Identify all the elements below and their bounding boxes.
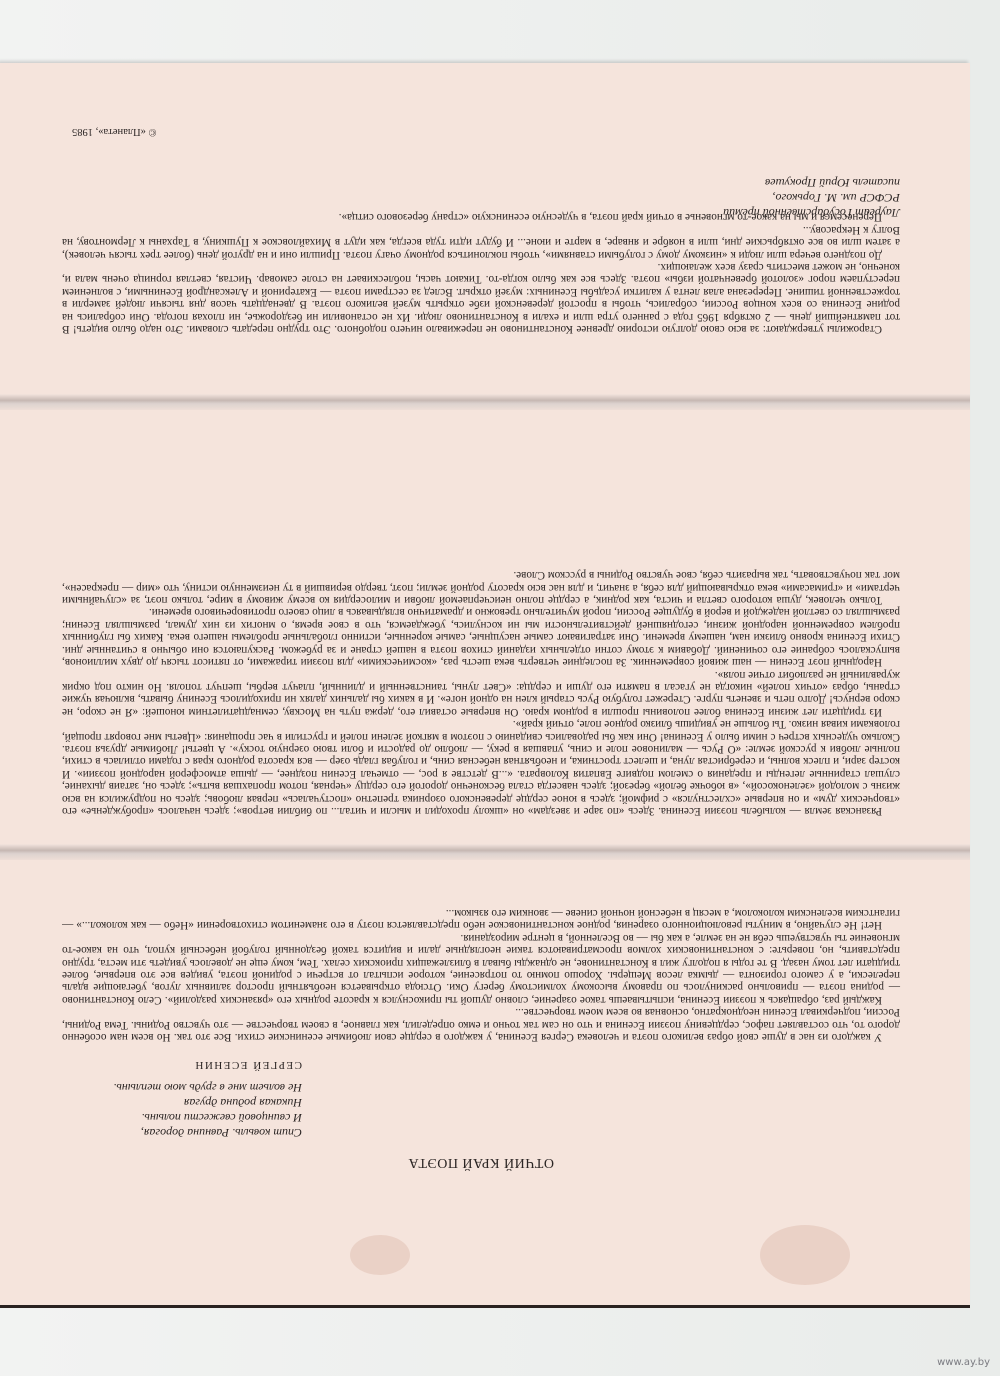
document-title: ОТЧИЙ КРАЙ ПОЭТА	[62, 1154, 900, 1170]
paragraph: Из тридцати лет жизни Есенина более поло…	[62, 668, 900, 718]
paragraph: Старожилы утверждают: за всю свою долгую…	[62, 261, 900, 335]
paragraph: Нет! Не случайно, в минуты революционног…	[62, 907, 900, 932]
section-2: Рязанская земля — колыбель поэзии Есенин…	[62, 569, 900, 817]
paragraph: Народный поэт Есенин — наш живой совреме…	[62, 606, 900, 668]
document-content: ОТЧИЙ КРАЙ ПОЭТА Спит ковыль. Равнина до…	[62, 63, 900, 1305]
signature-line: писатель Юрий Прокушев	[600, 175, 900, 190]
epigraph-author: СЕРГЕЙ ЕСЕНИН	[62, 1057, 302, 1072]
paragraph: Рязанская земля — колыбель поэзии Есенин…	[62, 718, 900, 817]
epigraph-line: Не вольет мне в грудь мою теплынь.	[62, 1080, 302, 1095]
paragraph: До позднего вечера шли люди к «низкому д…	[62, 223, 900, 260]
author-signature: Лауреат Государственной премии РСФСР им.…	[600, 175, 900, 220]
signature-line: Лауреат Государственной премии	[600, 205, 900, 220]
signature-line: РСФСР им. М. Горького,	[600, 190, 900, 205]
section-1: У каждого из нас в душе свой образ велик…	[62, 907, 900, 1043]
section-3: Старожилы утверждают: за всю свою долгую…	[62, 211, 900, 335]
paragraph: Каждый раз, обращаясь к поэзии Есенина, …	[62, 931, 900, 1005]
site-watermark: www.ay.by	[937, 1357, 990, 1368]
epigraph-line: Спит ковыль. Равнина дорогая,	[62, 1125, 302, 1140]
epigraph-line: И свинцовой свежести полынь.	[62, 1110, 302, 1125]
epigraph-line: Никакая родина другая	[62, 1095, 302, 1110]
paragraph: У каждого из нас в душе свой образ велик…	[62, 1006, 900, 1043]
copyright-notice: © «Планета», 1985	[72, 126, 157, 137]
paragraph: Только человек, душа которого светла и ч…	[62, 569, 900, 606]
epigraph: Спит ковыль. Равнина дорогая, И свинцово…	[62, 1057, 302, 1140]
document-sheet: ОТЧИЙ КРАЙ ПОЭТА Спит ковыль. Равнина до…	[0, 63, 970, 1308]
